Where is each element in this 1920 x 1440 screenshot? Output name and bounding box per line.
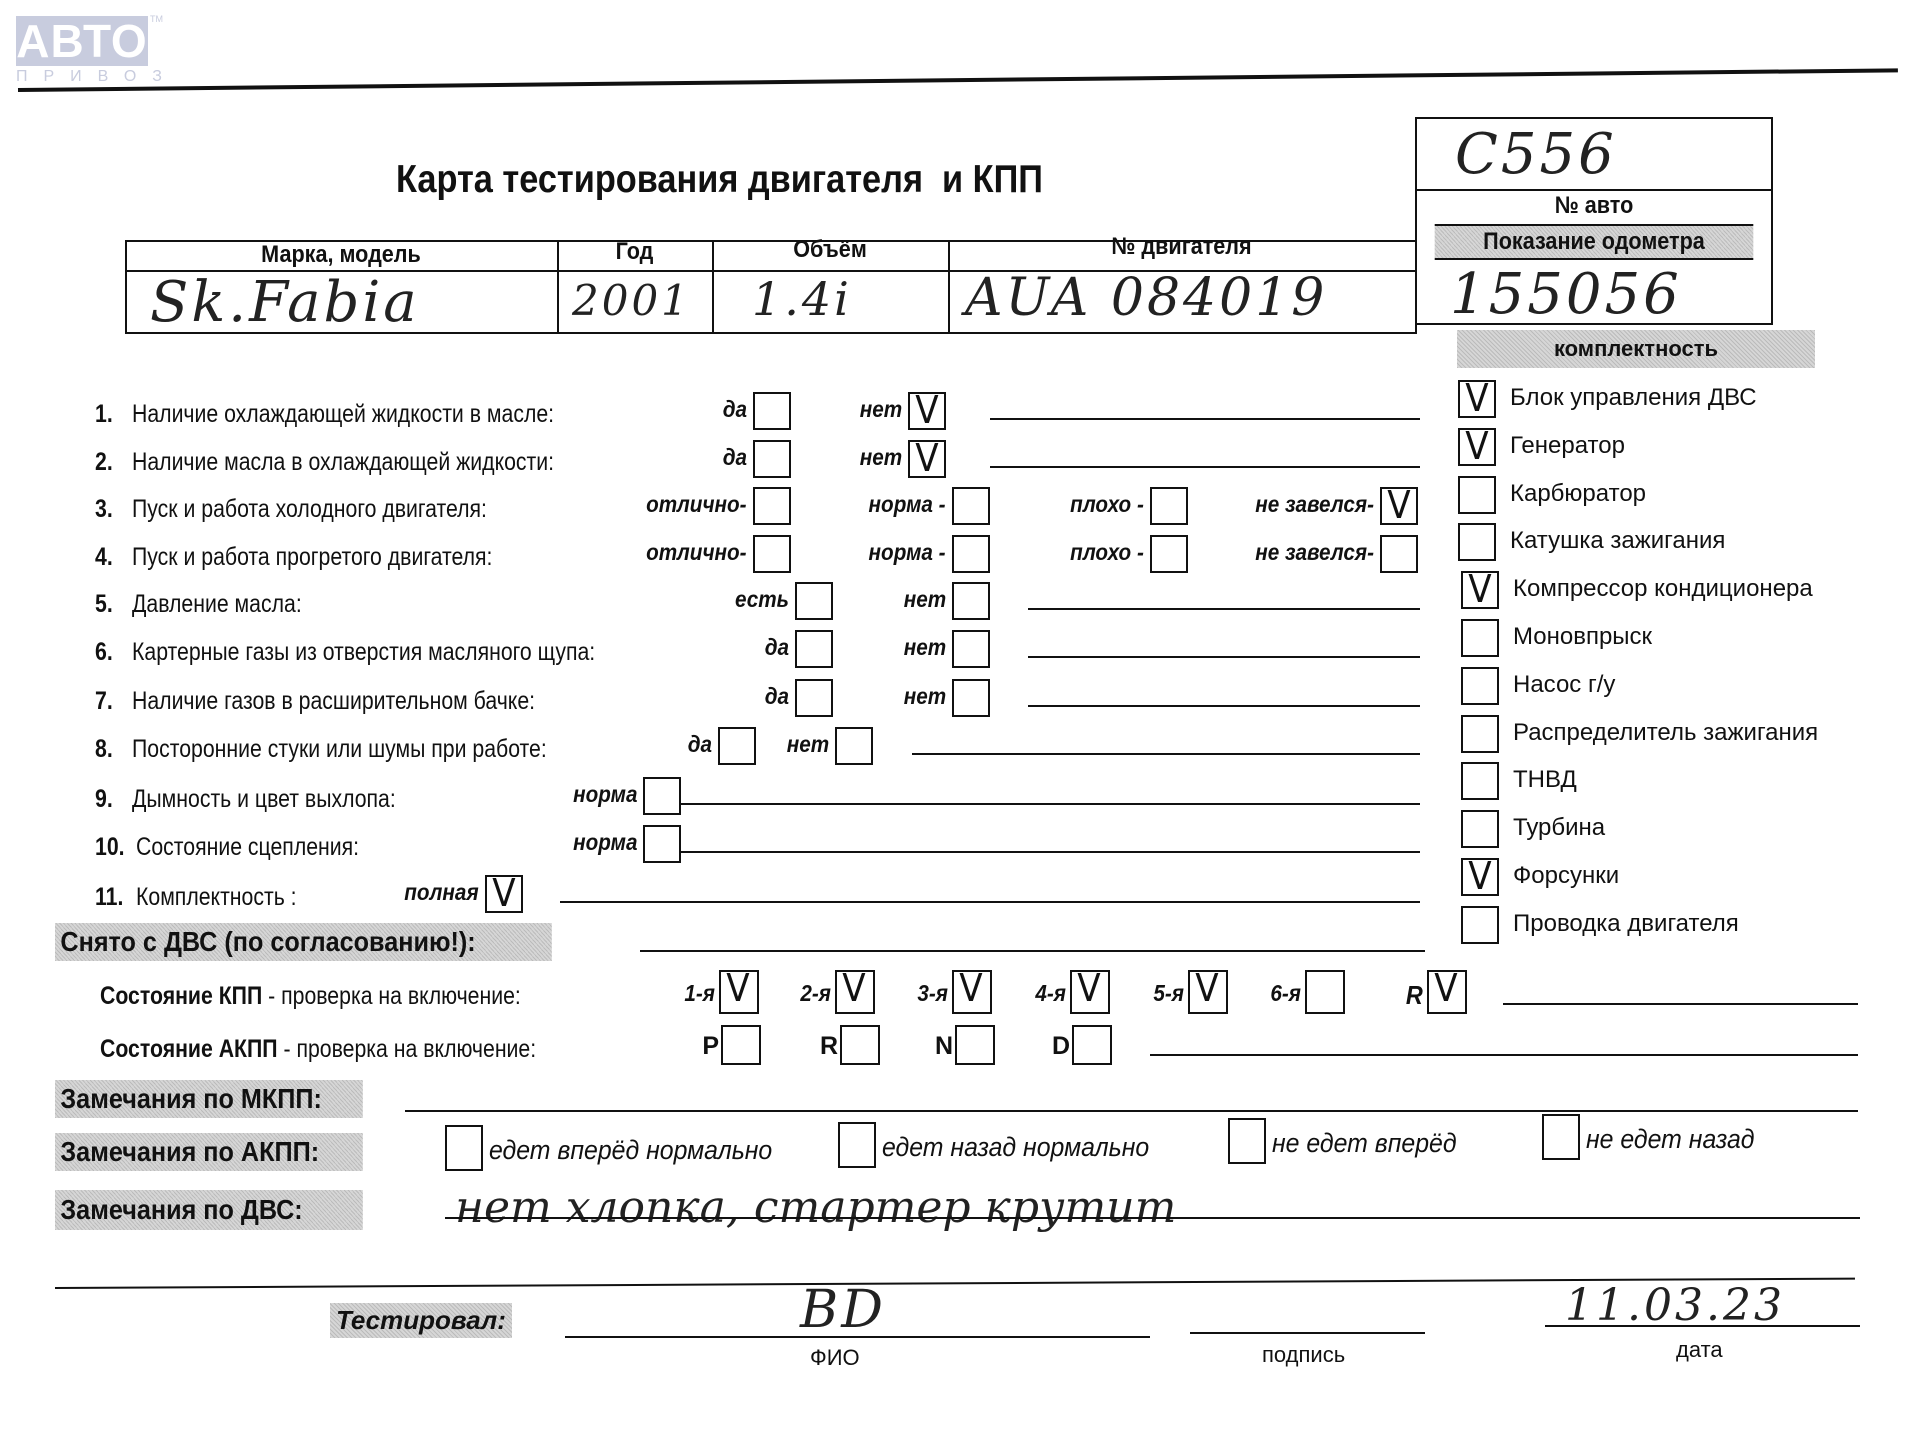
completeness-item-label: Генератор: [1510, 432, 1625, 460]
option-label: да: [765, 634, 789, 661]
check-item-label: Комплектность :: [136, 883, 297, 912]
brand-logo: АВТО: [16, 16, 148, 66]
date-value[interactable]: 11.03.23: [1565, 1280, 1785, 1331]
mode-checkbox[interactable]: [955, 1025, 995, 1065]
mode-label: D: [1052, 1032, 1070, 1061]
completeness-item-label: Форсунки: [1513, 862, 1619, 890]
completeness-item-label: Моновпрыск: [1513, 623, 1652, 651]
option-checkbox[interactable]: [952, 630, 990, 668]
completeness-checkbox[interactable]: [1461, 715, 1499, 753]
gear-label: 3-я: [917, 980, 948, 1007]
check-item-label: Посторонние стуки или шумы при работе:: [132, 735, 547, 764]
manual-gearbox-label-rest: - проверка на включение:: [262, 982, 521, 1010]
gear-checkbox[interactable]: [835, 970, 875, 1014]
check-item-number: 3.: [95, 495, 113, 524]
gear-label: 1-я: [684, 980, 715, 1007]
remarks-mkpp-field[interactable]: [405, 1110, 1858, 1112]
option-label: норма: [573, 829, 637, 856]
check-item-number: 7.: [95, 687, 113, 716]
col-divider: [712, 240, 714, 334]
remarks-dvs-value[interactable]: нет хлопка, стартер крутит: [455, 1182, 1176, 1233]
auto-gearbox-notes-field[interactable]: [1150, 1054, 1858, 1056]
completeness-checkbox[interactable]: [1458, 428, 1496, 466]
check-item-label: Дымность и цвет выхлопа:: [132, 785, 396, 814]
mode-label: P: [702, 1032, 719, 1061]
option-checkbox[interactable]: [643, 777, 681, 815]
completeness-checkbox[interactable]: [1461, 667, 1499, 705]
header-engine-number: № двигателя: [971, 233, 1391, 261]
gear-label: 6-я: [1270, 980, 1301, 1007]
option-label: нет: [787, 731, 829, 758]
option-label: отлично-: [647, 491, 747, 518]
header-make-model: Марка, модель: [147, 241, 536, 269]
check-item-label: Состояние сцепления:: [136, 833, 359, 862]
gear-checkbox[interactable]: [1305, 970, 1345, 1014]
check-item-number: 4.: [95, 543, 113, 572]
engine-number-value[interactable]: AUA 084019: [965, 268, 1327, 328]
manual-gearbox-label-bold: Состояние КПП: [100, 982, 262, 1010]
header-year: Год: [565, 238, 705, 266]
option-checkbox[interactable]: [908, 440, 946, 478]
check-notes-field[interactable]: [560, 901, 1420, 903]
page-title: Карта тестирования двигателя и КПП: [396, 158, 1043, 202]
akpp-remark-label: едет вперёд нормально: [489, 1135, 772, 1166]
option-checkbox[interactable]: [795, 679, 833, 717]
check-item-number: 9.: [95, 785, 113, 814]
completeness-item-label: Турбина: [1513, 814, 1605, 842]
option-checkbox[interactable]: [835, 727, 873, 765]
removed-from-engine-field[interactable]: [640, 950, 1425, 952]
akpp-remark-checkbox[interactable]: [838, 1122, 876, 1168]
odometer-value[interactable]: 155056: [1450, 262, 1682, 327]
option-label: нет: [904, 634, 946, 661]
header-volume: Объём: [724, 236, 936, 264]
option-checkbox[interactable]: [1150, 535, 1188, 573]
signature-field[interactable]: [1190, 1332, 1425, 1334]
option-checkbox[interactable]: [485, 875, 523, 913]
check-item-label: Наличие масла в охлаждающей жидкости:: [132, 448, 554, 477]
akpp-remark-checkbox[interactable]: [445, 1125, 483, 1171]
remarks-akpp-label: Замечания по АКПП:: [55, 1133, 363, 1171]
name-field: [565, 1336, 1150, 1338]
completeness-checkbox[interactable]: [1461, 906, 1499, 944]
completeness-checkbox[interactable]: [1461, 858, 1499, 896]
gear-label: R: [1406, 980, 1423, 1011]
option-label: нет: [904, 586, 946, 613]
akpp-remark-label: едет назад нормально: [882, 1132, 1149, 1163]
make-model-value[interactable]: Sk.Fabia: [150, 270, 420, 335]
gear-checkbox[interactable]: [1427, 970, 1467, 1014]
option-label: плохо -: [1070, 491, 1144, 518]
check-item-number: 1.: [95, 400, 113, 429]
option-checkbox[interactable]: [753, 440, 791, 478]
check-item-number: 6.: [95, 638, 113, 667]
option-checkbox[interactable]: [718, 727, 756, 765]
date-field: [1545, 1325, 1860, 1327]
option-label: плохо -: [1070, 539, 1144, 566]
option-checkbox[interactable]: [753, 535, 791, 573]
mode-label: R: [820, 1032, 838, 1061]
option-label: норма -: [869, 491, 946, 518]
option-checkbox[interactable]: [952, 487, 990, 525]
akpp-remark-checkbox[interactable]: [1542, 1114, 1580, 1160]
akpp-remark-label: не едет вперёд: [1272, 1128, 1457, 1159]
check-notes-field[interactable]: [1028, 656, 1420, 658]
completeness-item-label: Проводка двигателя: [1513, 910, 1739, 938]
date-caption: дата: [1676, 1337, 1723, 1363]
remarks-dvs-label: Замечания по ДВС:: [55, 1190, 363, 1230]
option-label: да: [688, 731, 712, 758]
option-checkbox[interactable]: [952, 679, 990, 717]
auto-gearbox-label-bold: Состояние АКПП: [100, 1035, 278, 1063]
option-label: норма: [573, 781, 637, 808]
trademark-mark: TM: [150, 14, 163, 24]
check-notes-field[interactable]: [912, 753, 1420, 755]
remarks-mkpp-label: Замечания по МКПП:: [55, 1080, 363, 1118]
completeness-item-label: Карбюратор: [1510, 480, 1646, 508]
brand-logo-subtitle: ПРИВОЗ: [16, 68, 178, 86]
manual-gearbox-label: Состояние КПП - проверка на включение:: [100, 982, 521, 1011]
option-checkbox[interactable]: [753, 392, 791, 430]
completeness-item-label: Блок управления ДВС: [1510, 384, 1757, 412]
tester-name-value[interactable]: BD: [800, 1280, 886, 1340]
manual-gearbox-notes-field[interactable]: [1503, 1003, 1858, 1005]
gear-checkbox[interactable]: [719, 970, 759, 1014]
check-item-label: Картерные газы из отверстия масляного щу…: [132, 638, 595, 667]
completeness-checkbox[interactable]: [1461, 810, 1499, 848]
akpp-remark-label: не едет назад: [1586, 1124, 1755, 1155]
completeness-item-label: Распределитель зажигания: [1513, 719, 1818, 747]
completeness-checkbox[interactable]: [1458, 476, 1496, 514]
car-number-label: № авто: [1433, 192, 1755, 220]
option-label: есть: [735, 586, 789, 613]
mode-checkbox[interactable]: [721, 1025, 761, 1065]
completeness-checkbox[interactable]: [1461, 762, 1499, 800]
remarks-dvs-field: [445, 1217, 1860, 1219]
option-checkbox[interactable]: [1150, 487, 1188, 525]
col-divider: [948, 240, 950, 334]
gear-checkbox[interactable]: [1070, 970, 1110, 1014]
option-checkbox[interactable]: [952, 582, 990, 620]
option-label: да: [723, 444, 747, 471]
check-item-number: 10.: [95, 833, 125, 862]
option-label: не завелся-: [1255, 539, 1374, 566]
odometer-label: Показание одометра: [1435, 224, 1754, 260]
check-notes-field[interactable]: [1028, 608, 1420, 610]
car-number-value[interactable]: C556: [1455, 122, 1617, 187]
completeness-title: комплектность: [1457, 336, 1815, 362]
gear-label: 4-я: [1035, 980, 1066, 1007]
check-item-label: Давление масла:: [132, 590, 302, 619]
year-value[interactable]: 2001: [572, 276, 691, 325]
option-checkbox[interactable]: [795, 630, 833, 668]
mode-checkbox[interactable]: [840, 1025, 880, 1065]
check-item-label: Пуск и работа прогретого двигателя:: [132, 543, 492, 572]
option-label: да: [765, 683, 789, 710]
completeness-item-label: ТНВД: [1513, 766, 1577, 794]
check-notes-field[interactable]: [990, 418, 1420, 420]
completeness-item-label: Компрессор кондиционера: [1513, 575, 1813, 603]
col-divider: [557, 240, 559, 334]
gear-label: 5-я: [1153, 980, 1184, 1007]
check-notes-field[interactable]: [680, 851, 1420, 853]
tested-by-label: Тестировал:: [330, 1303, 512, 1338]
completeness-checkbox[interactable]: [1461, 619, 1499, 657]
option-checkbox[interactable]: [908, 392, 946, 430]
check-item-number: 2.: [95, 448, 113, 477]
completeness-checkbox[interactable]: [1458, 523, 1496, 561]
name-caption: ФИО: [810, 1345, 860, 1371]
divider: [1415, 189, 1773, 191]
option-checkbox[interactable]: [952, 535, 990, 573]
check-item-number: 11.: [95, 883, 123, 912]
option-checkbox[interactable]: [1380, 487, 1418, 525]
check-item-number: 8.: [95, 735, 113, 764]
auto-gearbox-label: Состояние АКПП - проверка на включение:: [100, 1035, 536, 1064]
mode-label: N: [935, 1032, 953, 1061]
option-checkbox[interactable]: [795, 582, 833, 620]
option-checkbox[interactable]: [753, 487, 791, 525]
option-label: отлично-: [647, 539, 747, 566]
completeness-item-label: Насос г/у: [1513, 671, 1615, 699]
option-checkbox[interactable]: [643, 825, 681, 863]
completeness-checkbox[interactable]: [1461, 571, 1499, 609]
mode-checkbox[interactable]: [1072, 1025, 1112, 1065]
check-item-label: Наличие охлаждающей жидкости в масле:: [132, 400, 554, 429]
completeness-item-label: Катушка зажигания: [1510, 527, 1725, 555]
removed-from-engine-label: Снято с ДВС (по согласованию!):: [55, 923, 552, 961]
option-checkbox[interactable]: [1380, 535, 1418, 573]
gear-checkbox[interactable]: [952, 970, 992, 1014]
volume-value[interactable]: 1.4i: [752, 272, 852, 326]
gear-checkbox[interactable]: [1188, 970, 1228, 1014]
option-label: норма -: [869, 539, 946, 566]
check-notes-field[interactable]: [680, 803, 1420, 805]
check-item-number: 5.: [95, 590, 113, 619]
auto-gearbox-label-rest: - проверка на включение:: [278, 1035, 537, 1063]
check-notes-field[interactable]: [1028, 705, 1420, 707]
gear-label: 2-я: [800, 980, 831, 1007]
option-label: нет: [904, 683, 946, 710]
option-label: полная: [405, 879, 479, 906]
akpp-remark-checkbox[interactable]: [1228, 1118, 1266, 1164]
check-notes-field[interactable]: [990, 466, 1420, 468]
option-label: да: [723, 396, 747, 423]
check-item-label: Пуск и работа холодного двигателя:: [132, 495, 487, 524]
option-label: не завелся-: [1255, 491, 1374, 518]
top-divider: [18, 68, 1898, 92]
signature-caption: подпись: [1262, 1342, 1345, 1368]
option-label: нет: [860, 396, 902, 423]
check-item-label: Наличие газов в расширительном бачке:: [132, 687, 535, 716]
completeness-checkbox[interactable]: [1458, 380, 1496, 418]
option-label: нет: [860, 444, 902, 471]
